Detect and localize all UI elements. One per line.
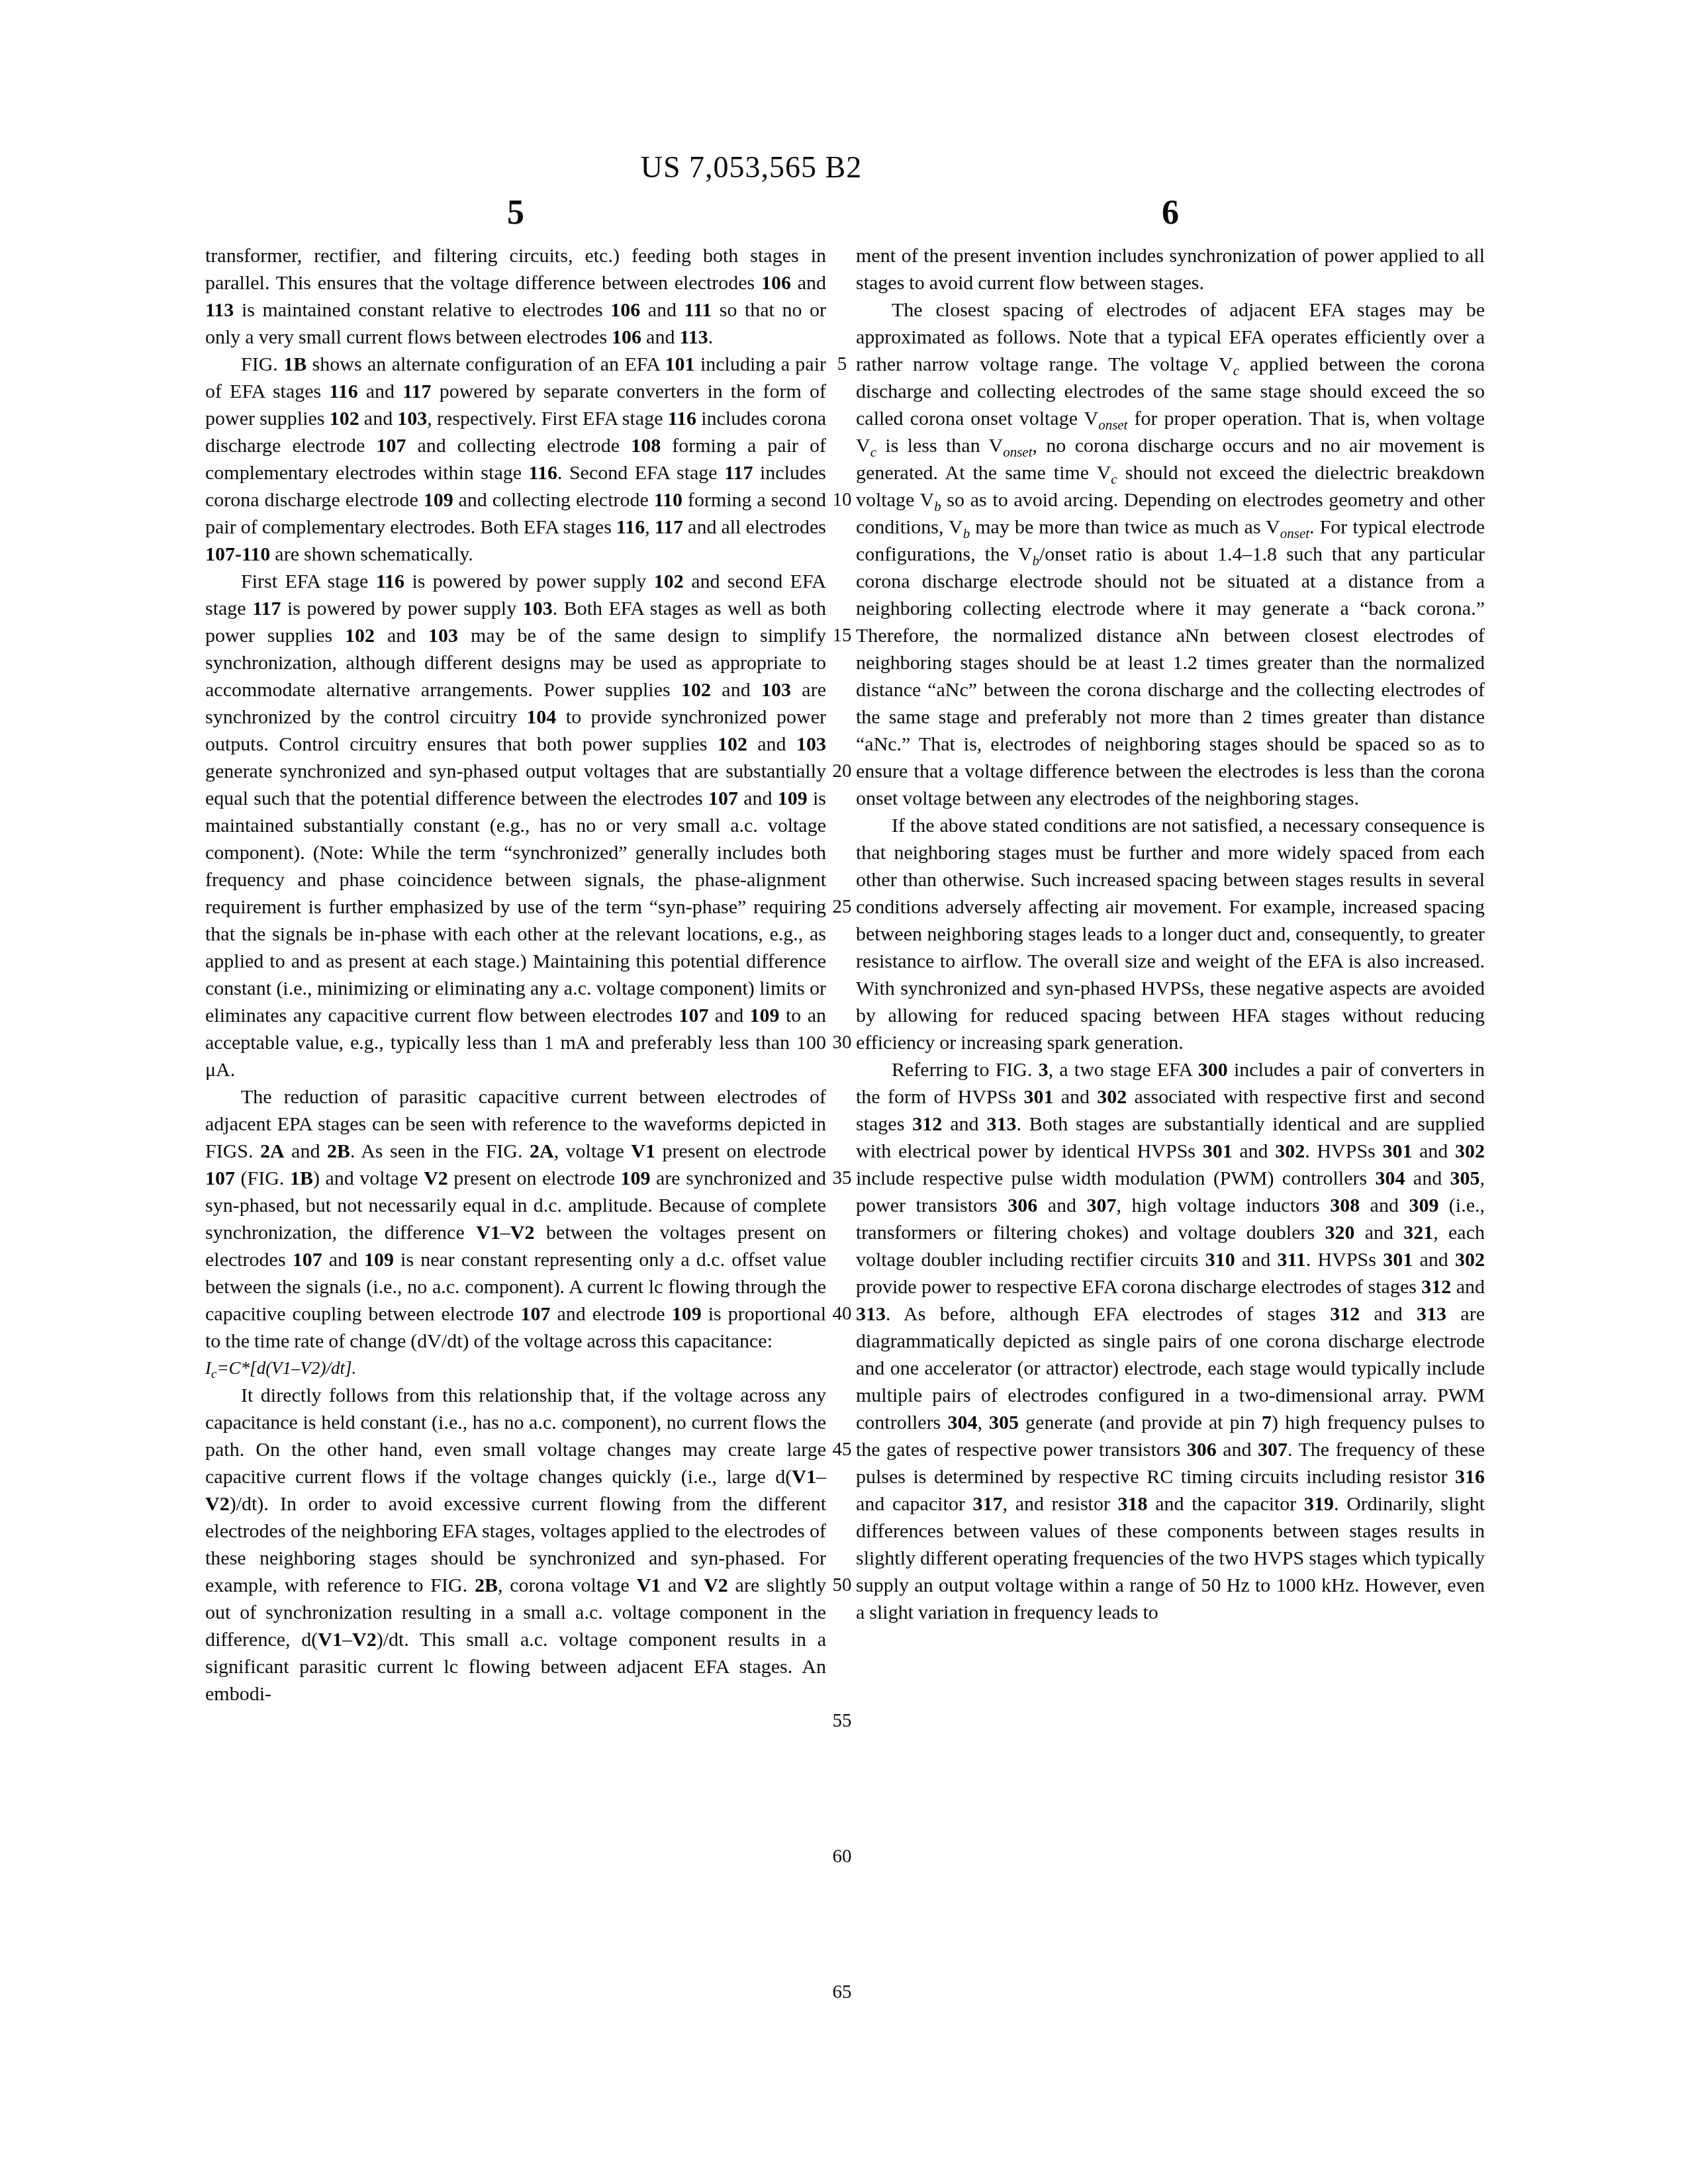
gutter-line-number: 55 <box>809 1707 875 1735</box>
gutter-line-number: 30 <box>809 1029 875 1056</box>
left-column-text: transformer, rectifier, and filtering ci… <box>205 242 826 1707</box>
gutter-line-number: 35 <box>809 1165 875 1192</box>
gutter-line-number: 50 <box>809 1572 875 1599</box>
gutter-line-number: 25 <box>809 893 875 921</box>
gutter-line-number: 20 <box>809 758 875 785</box>
gutter-line-number: 65 <box>809 1979 875 2006</box>
paragraph: transformer, rectifier, and filtering ci… <box>205 242 826 351</box>
equation: Ic=C*[d(V1–V2)/dt]. <box>205 1355 826 1382</box>
gutter-line-number: 15 <box>809 622 875 649</box>
gutter-line-number: 10 <box>809 486 875 514</box>
gutter-line-number: 40 <box>809 1300 875 1328</box>
gutter-line-number: 60 <box>809 1843 875 1870</box>
paragraph: FIG. 1B shows an alternate configuration… <box>205 351 826 568</box>
gutter-line-number: 5 <box>809 351 875 378</box>
patent-page: US 7,053,565 B2 5 6 transformer, rectifi… <box>0 0 1688 2184</box>
paragraph: The closest spacing of electrodes of adj… <box>856 296 1485 812</box>
paragraph: ment of the present invention includes s… <box>856 242 1485 296</box>
paragraph: First EFA stage 116 is powered by power … <box>205 568 826 1083</box>
column-number-left: 5 <box>205 193 826 232</box>
gutter-line-number: 45 <box>809 1436 875 1463</box>
paragraph: If the above stated conditions are not s… <box>856 812 1485 1056</box>
right-column-text: ment of the present invention includes s… <box>856 242 1485 1626</box>
column-number-right: 6 <box>856 193 1485 232</box>
paragraph: The reduction of parasitic capacitive cu… <box>205 1083 826 1355</box>
patent-number-header: US 7,053,565 B2 <box>0 150 1503 185</box>
paragraph: It directly follows from this relationsh… <box>205 1382 826 1707</box>
paragraph: Referring to FIG. 3, a two stage EFA 300… <box>856 1056 1485 1626</box>
